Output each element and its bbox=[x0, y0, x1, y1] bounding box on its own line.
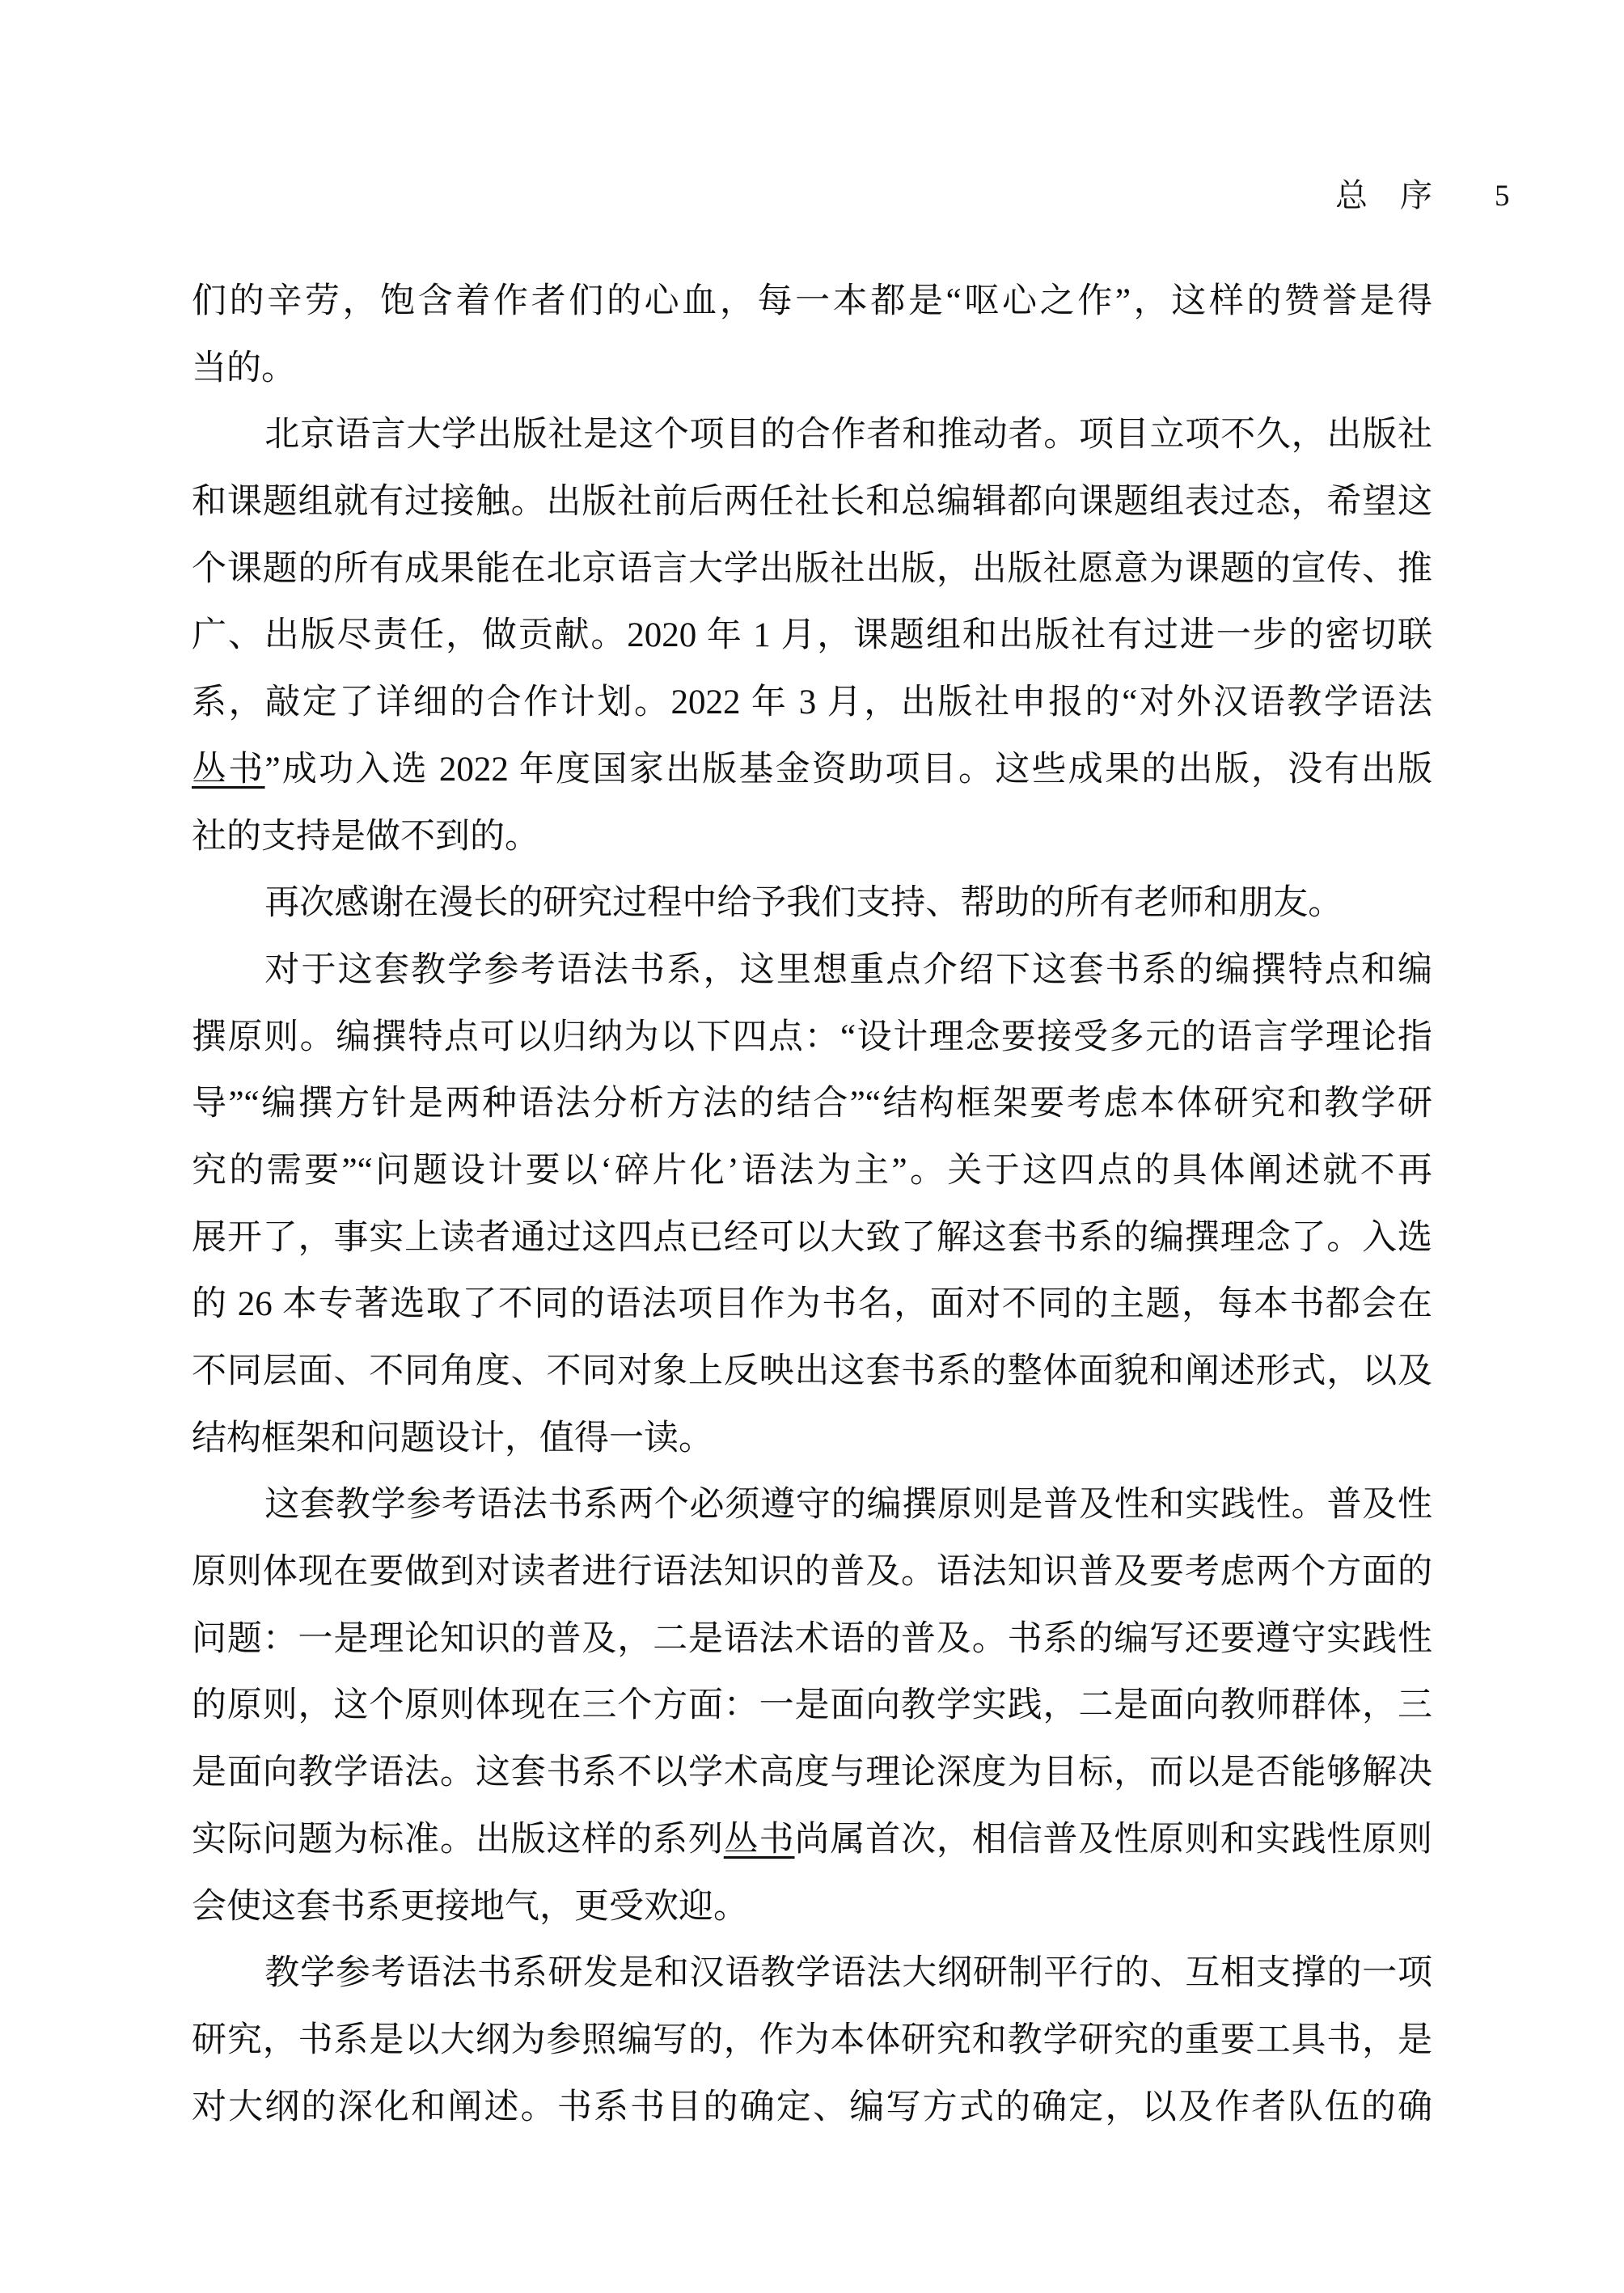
text-line: 这套教学参考语法书系两个必须遵守的编撰原则是普及性和实践性。普及性 bbox=[192, 1472, 1432, 1539]
text-line: 结构框架和问题设计，值得一读。 bbox=[192, 1406, 1432, 1473]
text-line: 的 26 本专著选取了不同的语法项目作为书名，面对不同的主题，每本书都会在 bbox=[192, 1271, 1432, 1339]
text-line: 问题：一是理论知识的普及，二是语法术语的普及。书系的编写还要遵守实践性 bbox=[192, 1606, 1432, 1673]
text-line: 个课题的所有成果能在北京语言大学出版社出版，出版社愿意为课题的宣传、推 bbox=[192, 536, 1432, 603]
header-title: 总 序 bbox=[1335, 177, 1432, 214]
text-line: 丛书”成功入选 2022 年度国家出版基金资助项目。这些成果的出版，没有出版 bbox=[192, 737, 1432, 804]
text-line: 再次感谢在漫长的研究过程中给予我们支持、帮助的所有老师和朋友。 bbox=[192, 870, 1432, 937]
text-segment: 实际问题为标准。出版这样的系列 bbox=[192, 1821, 724, 1859]
text-line: 教学参考语法书系研发是和汉语教学语法大纲研制平行的、互相支撑的一项 bbox=[192, 1940, 1432, 2007]
text-line: 原则体现在要做到对读者进行语法知识的普及。语法知识普及要考虑两个方面的 bbox=[192, 1539, 1432, 1606]
text-line: 的原则，这个原则体现在三个方面：一是面向教学实践，二是面向教师群体，三 bbox=[192, 1673, 1432, 1740]
text-line: 不同层面、不同角度、不同对象上反映出这套书系的整体面貌和阐述形式，以及 bbox=[192, 1339, 1432, 1406]
series-name-underlined: 丛书 bbox=[724, 1821, 795, 1859]
text-line: 会使这套书系更接地气，更受欢迎。 bbox=[192, 1874, 1432, 1941]
text-segment: ”成功入选 2022 年度国家出版基金资助项目。这些成果的出版，没有出版 bbox=[265, 751, 1432, 789]
text-line: 展开了，事实上读者通过这四点已经可以大致了解这套书系的编撰理念了。入选 bbox=[192, 1205, 1432, 1272]
book-page: 总 序 5 们的辛劳，饱含着作者们的心血，每一本都是“呕心之作”，这样的赞誉是得… bbox=[0, 0, 1624, 2293]
text-line: 实际问题为标准。出版这样的系列丛书尚属首次，相信普及性原则和实践性原则 bbox=[192, 1807, 1432, 1874]
text-line: 当的。 bbox=[192, 336, 1432, 403]
text-line: 们的辛劳，饱含着作者们的心血，每一本都是“呕心之作”，这样的赞誉是得 bbox=[192, 269, 1432, 336]
text-line: 系，敲定了详细的合作计划。2022 年 3 月，出版社申报的“对外汉语教学语法 bbox=[192, 670, 1432, 737]
body-text: 们的辛劳，饱含着作者们的心血，每一本都是“呕心之作”，这样的赞誉是得 当的。 北… bbox=[192, 269, 1432, 2141]
text-line: 和课题组就有过接触。出版社前后两任社长和总编辑都向课题组表过态，希望这 bbox=[192, 469, 1432, 536]
text-line: 广、出版尽责任，做贡献。2020 年 1 月，课题组和出版社有过进一步的密切联 bbox=[192, 603, 1432, 670]
text-line: 导”“编撰方针是两种语法分析方法的结合”“结构框架要考虑本体研究和教学研 bbox=[192, 1071, 1432, 1138]
page-number: 5 bbox=[1495, 179, 1559, 214]
text-line: 研究，书系是以大纲为参照编写的，作为本体研究和教学研究的重要工具书，是 bbox=[192, 2007, 1432, 2075]
series-name-underlined: 丛书 bbox=[192, 751, 265, 789]
running-header: 总 序 bbox=[192, 176, 1432, 215]
text-line: 是面向教学语法。这套书系不以学术高度与理论深度为目标，而以是否能够解决 bbox=[192, 1740, 1432, 1807]
text-line: 对于这套教学参考语法书系，这里想重点介绍下这套书系的编撰特点和编 bbox=[192, 937, 1432, 1005]
text-line: 社的支持是做不到的。 bbox=[192, 804, 1432, 871]
text-line: 对大纲的深化和阐述。书系书目的确定、编写方式的确定，以及作者队伍的确 bbox=[192, 2075, 1432, 2142]
text-line: 北京语言大学出版社是这个项目的合作者和推动者。项目立项不久，出版社 bbox=[192, 402, 1432, 469]
text-line: 撰原则。编撰特点可以归纳为以下四点：“设计理念要接受多元的语言学理论指 bbox=[192, 1005, 1432, 1072]
text-segment: 尚属首次，相信普及性原则和实践性原则 bbox=[795, 1821, 1433, 1859]
text-line: 究的需要”“问题设计要以‘碎片化’语法为主”。关于这四点的具体阐述就不再 bbox=[192, 1138, 1432, 1205]
